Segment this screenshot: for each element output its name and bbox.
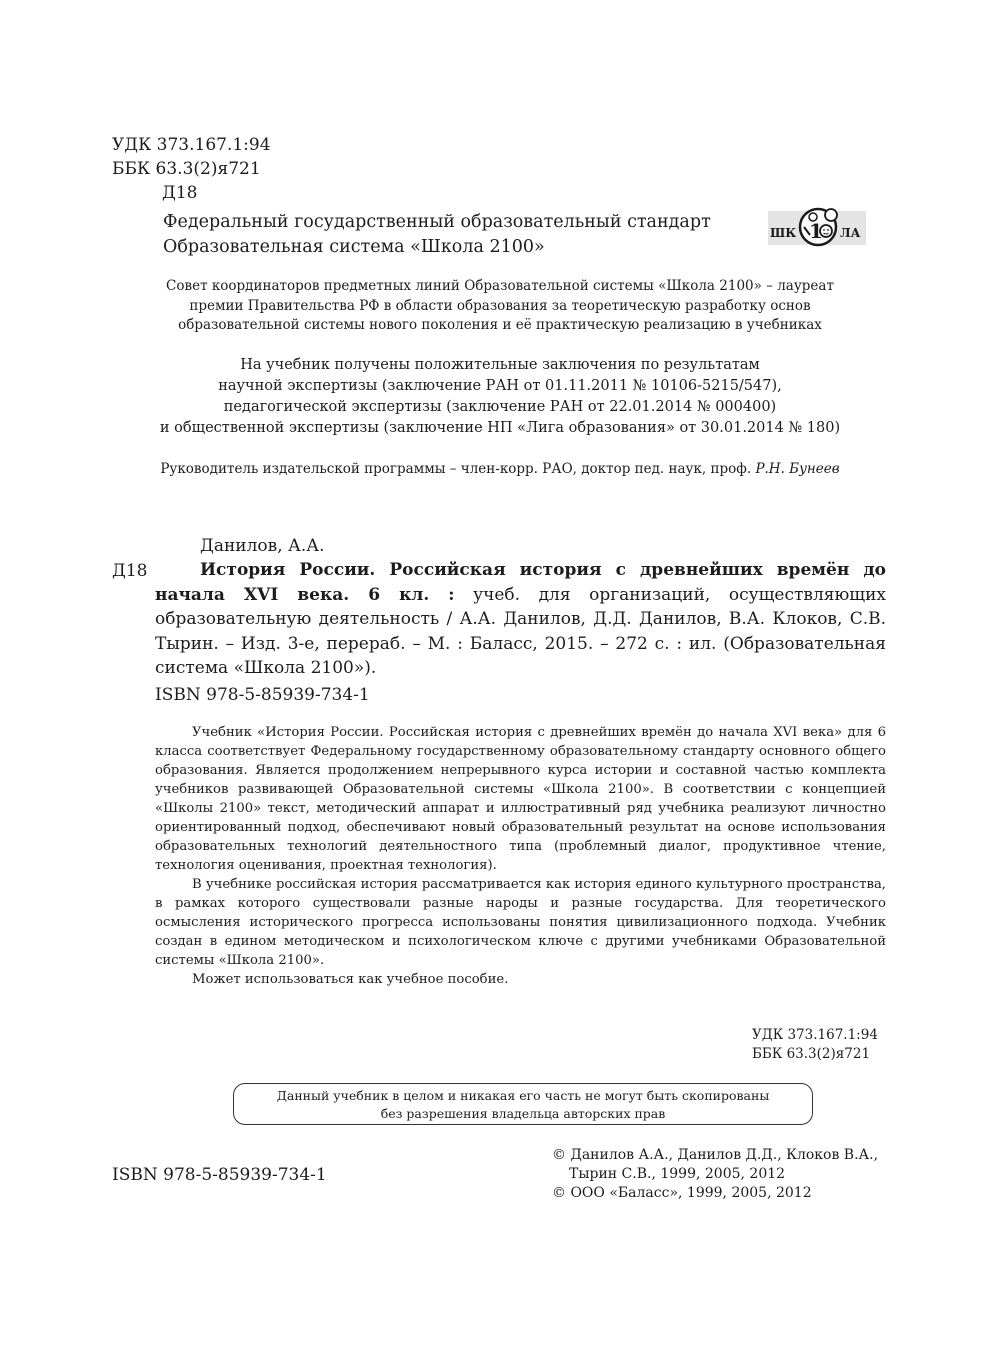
footer-udk: УДК 373.167.1:94: [752, 1026, 878, 1045]
bibliography-isbn: ISBN 978-5-85939-734-1: [155, 685, 370, 705]
program-director: Руководитель издательской программы – чл…: [120, 461, 880, 477]
annotation-paragraph: В учебнике российская история рассматрив…: [155, 875, 886, 970]
annotation-paragraph: Может использоваться как учебное пособие…: [155, 970, 886, 989]
council-line: образовательной системы нового поколения…: [120, 316, 880, 336]
footer-bbk: ББК 63.3(2)я721: [752, 1045, 878, 1064]
notice-line-1: Данный учебник в целом и никакая его час…: [234, 1087, 812, 1105]
expertise-line: педагогической экспертизы (заключение РА…: [120, 397, 880, 418]
classification-block: УДК 373.167.1:94 ББК 63.3(2)я721 Д18: [112, 133, 271, 205]
expertise-line: и общественной экспертизы (заключение НП…: [120, 418, 880, 439]
bibliography-author: Данилов, А.А.: [200, 536, 325, 556]
author-mark: Д18: [112, 181, 271, 205]
copyright-line-2: Тырин С.В., 1999, 2005, 2012: [552, 1165, 878, 1184]
expertise-line: На учебник получены положительные заключ…: [120, 355, 880, 376]
bibliography-code: Д18: [112, 561, 147, 581]
copyright-block: © Данилов А.А., Данилов Д.Д., Клоков В.А…: [552, 1146, 878, 1203]
director-text: Руководитель издательской программы – чл…: [160, 461, 755, 477]
copyright-notice-box: Данный учебник в целом и никакая его час…: [233, 1083, 813, 1125]
standard-line-1: Федеральный государственный образователь…: [163, 210, 711, 235]
svg-text:ШК: ШК: [770, 226, 796, 240]
footer-classification: УДК 373.167.1:94 ББК 63.3(2)я721: [752, 1026, 878, 1064]
notice-line-2: без разрешения владельца авторских прав: [234, 1105, 812, 1123]
expertise-statement: На учебник получены положительные заключ…: [120, 355, 880, 439]
bbk-code: ББК 63.3(2)я721: [112, 157, 271, 181]
school-2100-logo-icon: 1 ШК ЛА: [768, 207, 866, 247]
annotation: Учебник «История России. Российская исто…: [155, 723, 886, 989]
council-line: Совет координаторов предметных линий Обр…: [120, 277, 880, 297]
udk-code: УДК 373.167.1:94: [112, 133, 271, 157]
council-line: премии Правительства РФ в области образо…: [120, 297, 880, 317]
svg-text:ЛА: ЛА: [840, 226, 861, 240]
standard-block: Федеральный государственный образователь…: [163, 210, 711, 260]
footer-isbn: ISBN 978-5-85939-734-1: [112, 1165, 327, 1185]
expertise-line: научной экспертизы (заключение РАН от 01…: [120, 376, 880, 397]
bibliography-record: История России. Российская история с дре…: [155, 558, 886, 681]
director-name: Р.Н. Бунеев: [755, 461, 839, 477]
copyright-line-3: © ООО «Баласс», 1999, 2005, 2012: [552, 1184, 878, 1203]
annotation-paragraph: Учебник «История России. Российская исто…: [155, 723, 886, 875]
standard-line-2: Образовательная система «Школа 2100»: [163, 235, 711, 260]
copyright-line-1: © Данилов А.А., Данилов Д.Д., Клоков В.А…: [552, 1146, 878, 1165]
svg-text:1: 1: [809, 219, 823, 243]
council-statement: Совет координаторов предметных линий Обр…: [120, 277, 880, 336]
